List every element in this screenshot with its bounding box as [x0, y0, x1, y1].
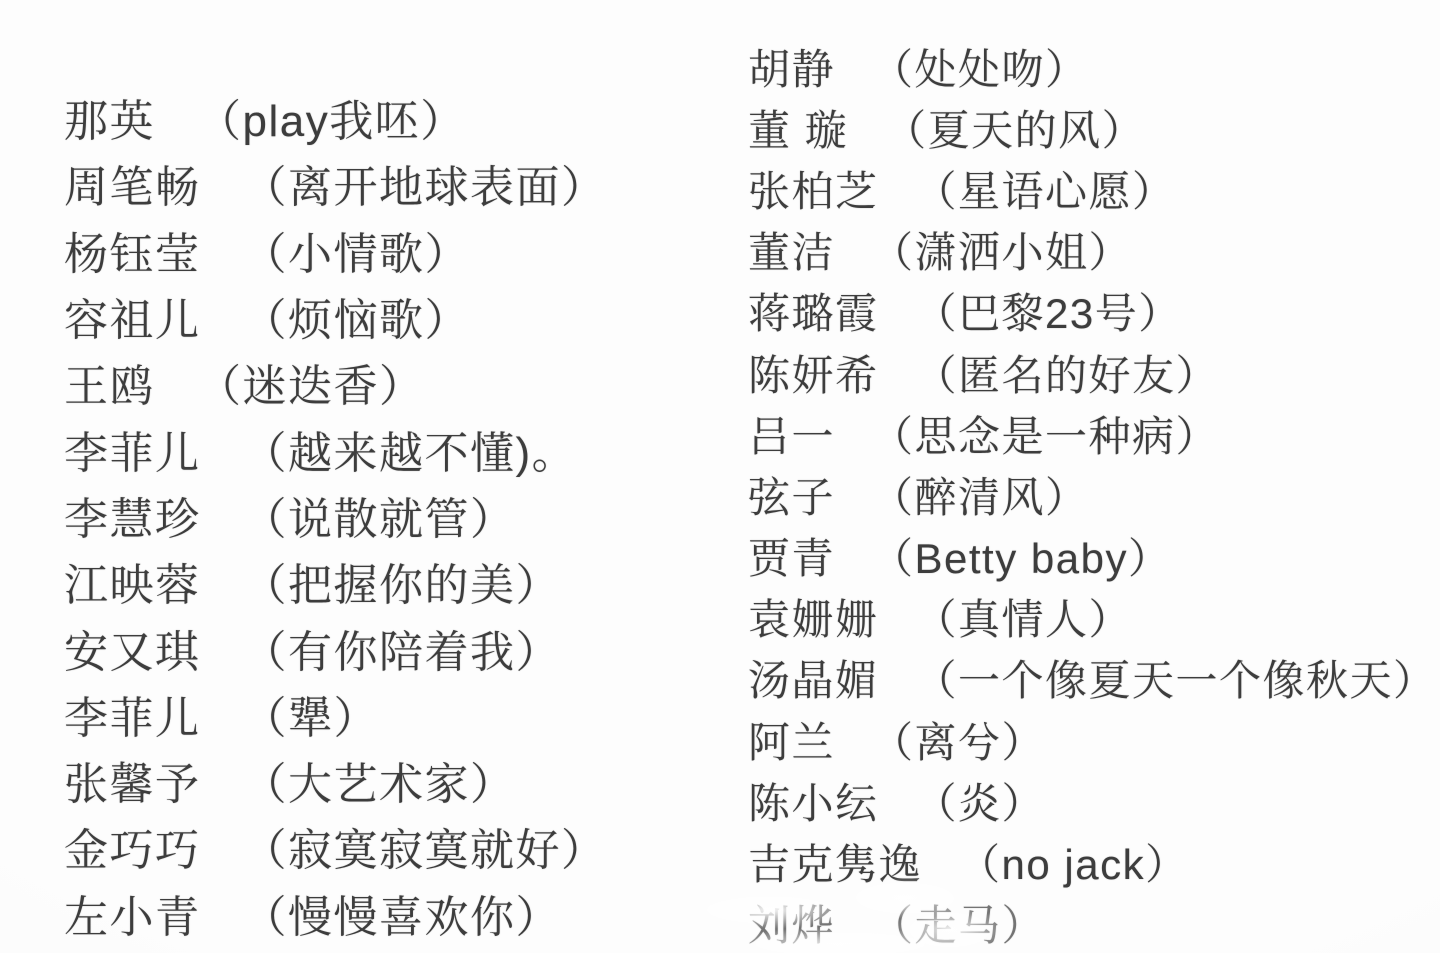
song-title: （匿名的好友）	[915, 343, 1220, 403]
song-title: （巴黎23号）	[915, 281, 1182, 341]
artist-name: 陈妍希	[748, 343, 879, 403]
list-item: 张柏芝 （星语心愿）	[748, 158, 1437, 219]
song-title: （有你陪着我）	[243, 616, 562, 680]
song-title: （no jack）	[958, 832, 1189, 892]
list-item: 李菲儿 （犟）	[64, 681, 607, 747]
column-left: 那英 （play我呸） 周笔畅 （离开地球表面） 杨钰莹 （小情歌） 容祖儿 （…	[64, 84, 607, 946]
artist-name: 金巧巧	[64, 814, 201, 878]
song-title: （星语心愿）	[915, 159, 1176, 219]
list-item: 吕一 （思念是一种病）	[748, 403, 1437, 464]
artist-name: 那英	[64, 85, 155, 149]
artist-name: 李菲儿	[64, 682, 201, 746]
column-right: 胡静 （处处吻） 董 璇 （夏天的风） 张柏芝 （星语心愿） 董洁 （潇洒小姐）…	[748, 36, 1437, 953]
artist-name: 左小青	[64, 881, 201, 945]
list-item: 胡静 （处处吻）	[748, 36, 1437, 97]
song-title: （离开地球表面）	[243, 151, 607, 215]
artist-name: 吕一	[748, 404, 835, 464]
artist-name: 吉克隽逸	[748, 832, 922, 892]
song-title: （走马）	[871, 893, 1045, 953]
song-title: （烦恼歌）	[243, 284, 471, 348]
artist-name: 张柏芝	[748, 159, 879, 219]
artist-name: 王鸥	[64, 350, 155, 414]
list-item: 周笔畅 （离开地球表面）	[64, 150, 607, 216]
list-item: 董洁 （潇洒小姐）	[748, 220, 1437, 281]
song-title: （潇洒小姐）	[871, 220, 1132, 280]
artist-name: 弦子	[748, 465, 835, 525]
list-item: 弦子 （醉清风）	[748, 464, 1437, 525]
artist-name: 汤晶媚	[748, 648, 879, 708]
list-item: 刘烨 （走马）	[748, 893, 1437, 953]
list-item: 陈小纭 （炎）	[748, 770, 1437, 831]
song-title: （说散就管）	[243, 483, 516, 547]
song-title: （小情歌）	[243, 218, 471, 282]
artist-name: 江映蓉	[64, 549, 201, 613]
artist-name: 袁姗姗	[748, 587, 879, 647]
list-item: 董 璇 （夏天的风）	[748, 97, 1437, 158]
artist-name: 周笔畅	[64, 151, 201, 215]
song-title: （把握你的美）	[243, 549, 562, 613]
list-item: 贾青 （Betty baby）	[748, 526, 1437, 587]
song-title: （处处吻）	[871, 37, 1089, 97]
song-title: （夏天的风）	[884, 98, 1145, 158]
song-title: （迷迭香）	[197, 350, 425, 414]
list-item: 左小青 （慢慢喜欢你）	[64, 880, 607, 946]
list-item: 李菲儿 （越来越不懂)。	[64, 415, 607, 481]
song-title: （炎）	[915, 771, 1046, 831]
list-item: 蒋璐霞 （巴黎23号）	[748, 281, 1437, 342]
list-item: 阿兰 （离兮）	[748, 709, 1437, 770]
artist-name: 容祖儿	[64, 284, 201, 348]
artist-name: 董洁	[748, 220, 835, 280]
song-title: （寂寞寂寞就好）	[243, 814, 607, 878]
list-item: 江映蓉 （把握你的美）	[64, 548, 607, 614]
artist-name: 张馨予	[64, 748, 201, 812]
artist-name: 陈小纭	[748, 771, 879, 831]
list-item: 汤晶媚 （一个像夏天一个像秋天）	[748, 648, 1437, 709]
list-item: 王鸥 （迷迭香）	[64, 349, 607, 415]
artist-name: 胡静	[748, 37, 835, 97]
song-title: （思念是一种病）	[871, 404, 1219, 464]
list-item: 金巧巧 （寂寞寂寞就好）	[64, 813, 607, 879]
song-title: （大艺术家）	[243, 748, 516, 812]
list-item: 容祖儿 （烦恼歌）	[64, 283, 607, 349]
artist-name: 安又琪	[64, 616, 201, 680]
list-item: 杨钰莹 （小情歌）	[64, 217, 607, 283]
list-item: 袁姗姗 （真情人）	[748, 587, 1437, 648]
song-title: （一个像夏天一个像秋天）	[915, 648, 1437, 708]
artist-name: 贾青	[748, 526, 835, 586]
list-item: 吉克隽逸 （no jack）	[748, 831, 1437, 892]
artist-name: 董 璇	[748, 98, 848, 158]
artist-name: 阿兰	[748, 710, 835, 770]
song-title: （离兮）	[871, 710, 1045, 770]
list-item: 张馨予 （大艺术家）	[64, 747, 607, 813]
artist-name: 杨钰莹	[64, 218, 201, 282]
song-title: （犟）	[243, 682, 380, 746]
artist-name: 刘烨	[748, 893, 835, 953]
list-item: 那英 （play我呸）	[64, 84, 607, 150]
song-list-photo: 那英 （play我呸） 周笔畅 （离开地球表面） 杨钰莹 （小情歌） 容祖儿 （…	[0, 0, 1440, 953]
list-item: 安又琪 （有你陪着我）	[64, 614, 607, 680]
artist-name: 蒋璐霞	[748, 281, 879, 341]
song-title: （越来越不懂)。	[243, 417, 578, 481]
song-title: （慢慢喜欢你）	[243, 881, 562, 945]
list-item: 李慧珍 （说散就管）	[64, 482, 607, 548]
song-title: （真情人）	[915, 587, 1133, 647]
song-title: （醉清风）	[871, 465, 1089, 525]
artist-name: 李菲儿	[64, 417, 201, 481]
list-item: 陈妍希 （匿名的好友）	[748, 342, 1437, 403]
song-title: （play我呸）	[197, 85, 466, 149]
song-title: （Betty baby）	[871, 526, 1171, 586]
artist-name: 李慧珍	[64, 483, 201, 547]
